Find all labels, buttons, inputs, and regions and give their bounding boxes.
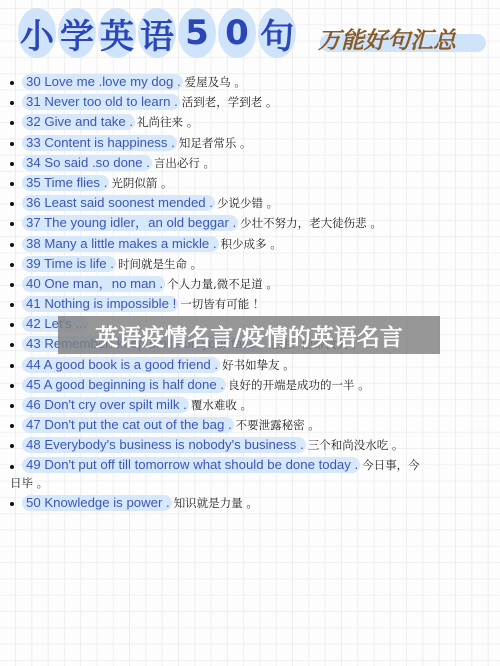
english-phrase: 40 One man，no man . [22,276,165,292]
chinese-translation: 少说少错 。 [217,196,278,210]
title-char: 英 [98,8,136,58]
list-item: 50 Knowledge is power .知识就是力量 。 [0,493,500,513]
bullet-icon [10,364,14,368]
chinese-translation: 不要泄露秘密 。 [236,418,320,432]
english-phrase: 49 Don't put off till tomorrow what shou… [22,457,360,473]
list-item: 34 So said .so done .言出必行 。 [0,153,500,173]
english-phrase: 39 Time is life . [22,256,116,272]
english-phrase: 35 Time flies . [22,175,109,191]
title-char: 5 [178,8,216,58]
bullet-icon [10,283,14,287]
bullet-icon [10,162,14,166]
chinese-translation: 好书如挚友 。 [222,358,295,372]
chinese-translation: 今日事，今 [362,458,420,472]
caption-overlay: 英语疫情名言/疫情的英语名言 [58,316,440,354]
bullet-icon [10,323,14,327]
english-phrase: 37 The young idler，an old beggar . [22,215,238,231]
list-item: 49 Don't put off till tomorrow what shou… [0,456,500,493]
chinese-translation: 个人力量,微不足道 。 [167,277,278,291]
list-item: 47 Don't put the cat out of the bag .不要泄… [0,415,500,435]
list-item: 41 Nothing is impossible !一切皆有可能 ！ [0,294,500,314]
chinese-translation: 知识就是力量 。 [174,496,258,510]
list-item: 35 Time flies .光阴似箭 。 [0,173,500,193]
list-item: 32 Give and take .礼尚往来 。 [0,112,500,132]
english-phrase: 50 Knowledge is power . [22,495,172,511]
chinese-translation: 活到老，学到老 。 [182,95,278,109]
bullet-icon [10,384,14,388]
list-item: 36 Least said soonest mended .少说少错 。 [0,193,500,213]
bullet-icon [10,404,14,408]
english-phrase: 48 Everybody's business is nobody's busi… [22,437,306,453]
english-phrase: 30 Love me .love my dog . [22,74,183,90]
list-item: 46 Don't cry over spilt milk .覆水难收 。 [0,395,500,415]
chinese-translation: 时间就是生命 。 [118,257,202,271]
chinese-translation: 光阴似箭 。 [111,176,172,190]
bullet-icon [10,81,14,85]
english-phrase: 47 Don't put the cat out of the bag . [22,417,234,433]
english-phrase: 34 So said .so done . [22,155,152,171]
bullet-icon [10,121,14,125]
chinese-translation: 礼尚往来 。 [137,115,198,129]
list-item: 45 A good beginning is half done .良好的开端是… [0,375,500,395]
english-phrase: 31 Never too old to learn . [22,94,180,110]
english-phrase: 36 Least said soonest mended . [22,195,215,211]
chinese-translation: 言出必行 。 [154,156,215,170]
bullet-icon [10,222,14,226]
chinese-translation: 爱屋及乌 。 [185,75,246,89]
english-phrase: 41 Nothing is impossible ! [22,296,178,312]
subtitle-block: 万能好句汇总 [318,22,488,54]
list-item: 30 Love me .love my dog .爱屋及乌 。 [0,72,500,92]
chinese-translation-continued: 日毕 。 [0,475,500,491]
chinese-translation: 良好的开端是成功的一半 。 [228,378,370,392]
page-subtitle: 万能好句汇总 [318,22,488,55]
title-char: 0 [218,8,256,58]
bullet-icon [10,182,14,186]
list-item: 31 Never too old to learn .活到老，学到老 。 [0,92,500,112]
title-char: 句 [258,8,296,58]
list-item: 40 One man，no man .个人力量,微不足道 。 [0,274,500,294]
list-item: 38 Many a little makes a mickle .积少成多 。 [0,234,500,254]
title-char: 学 [58,8,96,58]
english-phrase: 32 Give and take . [22,114,135,130]
english-phrase: 38 Many a little makes a mickle . [22,236,219,252]
bullet-icon [10,465,14,469]
title-char: 语 [138,8,176,58]
list-item: 37 The young idler，an old beggar .少壮不努力，… [0,213,500,233]
english-phrase: 45 A good beginning is half done . [22,377,226,393]
header-banner: 小 学 英 语 5 0 句 万能好句汇总 [0,0,500,66]
chinese-translation: 少壮不努力，老大徒伤悲 。 [240,216,382,230]
bullet-icon [10,343,14,347]
bullet-icon [10,502,14,506]
english-phrase: 46 Don't cry over spilt milk . [22,397,189,413]
list-item: 39 Time is life .时间就是生命 。 [0,254,500,274]
list-item: 48 Everybody's business is nobody's busi… [0,435,500,455]
phrase-list: 30 Love me .love my dog .爱屋及乌 。 31 Never… [0,72,500,513]
bullet-icon [10,142,14,146]
english-phrase: 44 A good book is a good friend . [22,357,220,373]
list-item: 33 Content is happiness .知足者常乐 。 [0,133,500,153]
bullet-icon [10,303,14,307]
chinese-translation: 三个和尚没水吃 。 [308,438,404,452]
bullet-icon [10,424,14,428]
chinese-translation: 积少成多 。 [221,237,282,251]
bullet-icon [10,444,14,448]
english-phrase: 33 Content is happiness . [22,135,177,151]
bullet-icon [10,263,14,267]
chinese-translation: 覆水难收 。 [191,398,252,412]
chinese-translation: 知足者常乐 。 [179,136,252,150]
bullet-icon [10,202,14,206]
bullet-icon [10,243,14,247]
caption-text: 英语疫情名言/疫情的英语名言 [95,319,402,352]
page-title: 小 学 英 语 5 0 句 [18,8,296,58]
title-char: 小 [18,8,56,58]
chinese-translation: 一切皆有可能 ！ [180,297,264,311]
list-item: 44 A good book is a good friend .好书如挚友 。 [0,355,500,375]
bullet-icon [10,101,14,105]
